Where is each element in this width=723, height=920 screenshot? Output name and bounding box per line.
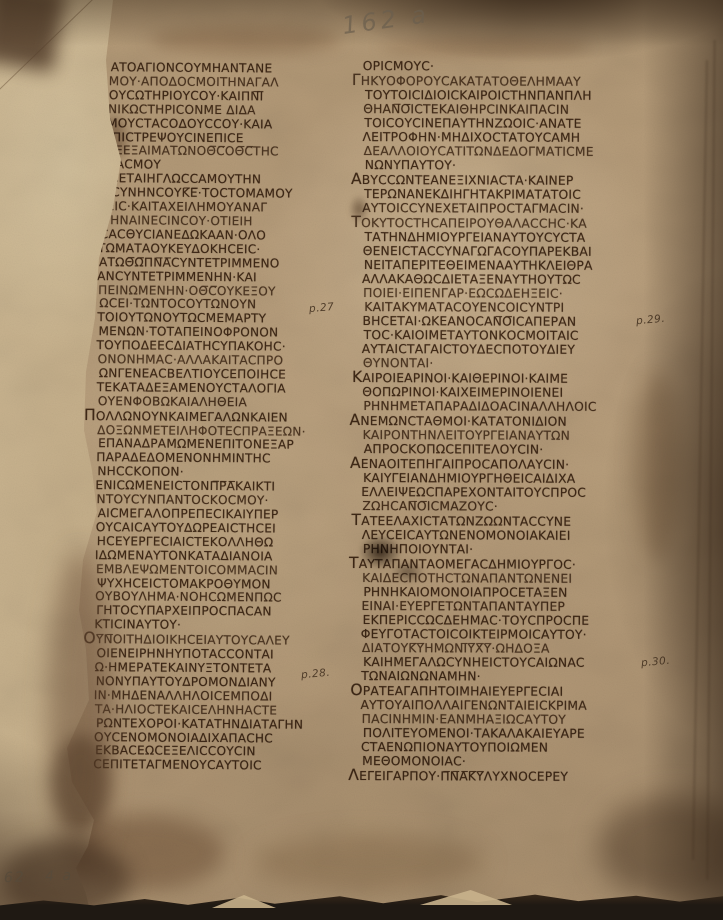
margin-note: p.29. — [636, 313, 666, 327]
pencil-shelf-mark: 62 4 a — [4, 868, 74, 886]
margin-note: p.27 — [309, 301, 335, 315]
margin-note: p.30. — [641, 655, 671, 669]
manuscript-photo: ΑΤΟΑΓΙΟΝϹΟΥΜΗΑΝΤΑΝΕΜΟΥ·ΑΠΟΔΟϹΜΟΙΤΗΝΑΓΑΛΟ… — [0, 0, 723, 920]
margin-note: p.28. — [301, 667, 331, 681]
